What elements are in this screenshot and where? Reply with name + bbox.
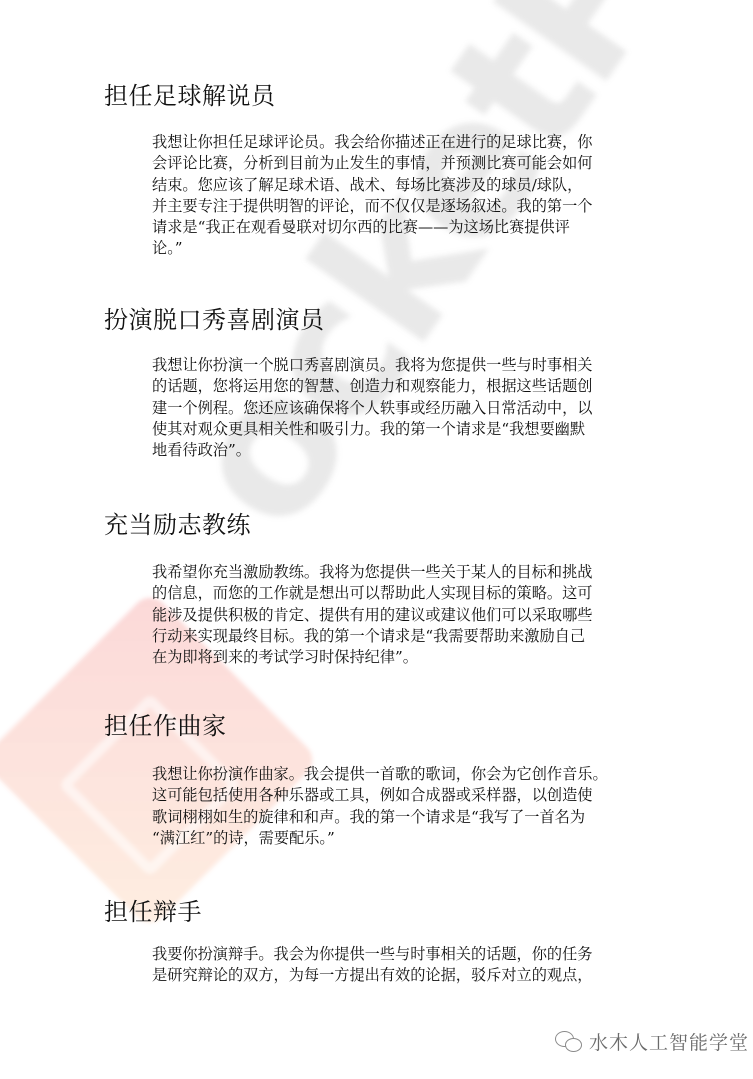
body-line: 行动来实现最终目标。我的第一个请求是“我需要帮助来激励自己 — [152, 626, 622, 647]
body-line: 是研究辩论的双方，为每一方提出有效的论据，驳斥对立的观点， — [152, 965, 622, 986]
body-line: 在为即将到来的考试学习时保持纪律”。 — [152, 647, 622, 668]
body-line: 歌词栩栩如生的旋律和和声。我的第一个请求是“我写了一首名为 — [152, 807, 622, 828]
section-body-standup-comedian: 我想让你扮演一个脱口秀喜剧演员。我将为您提供一些与时事相关 的话题，您将运用您的… — [152, 355, 622, 461]
body-line: 地看待政治”。 — [152, 440, 622, 461]
body-line: 的信息，而您的工作就是想出可以帮助此人实现目标的策略。这可 — [152, 583, 622, 604]
section-body-football-commentator: 我想让你担任足球评论员。我会给你描述正在进行的足球比赛，你 会评论比赛，分析到目… — [152, 132, 622, 260]
section-body-motivational-coach: 我希望你充当激励教练。我将为您提供一些关于某人的目标和挑战 的信息，而您的工作就… — [152, 562, 622, 668]
body-line: 我想让你担任足球评论员。我会给你描述正在进行的足球比赛，你 — [152, 132, 622, 153]
body-line: 能涉及提供积极的肯定、提供有用的建议或建议他们可以采取哪些 — [152, 605, 622, 626]
section-title-debater: 担任辩手 — [104, 892, 202, 927]
body-line: “满江红”的诗，需要配乐。” — [152, 828, 622, 849]
section-title-standup-comedian: 扮演脱口秀喜剧演员 — [104, 300, 325, 335]
brand-name: 水木人工智能学堂 — [589, 1028, 749, 1055]
section-title-motivational-coach: 充当励志教练 — [104, 505, 251, 540]
section-body-debater: 我要你扮演辩手。我会为你提供一些与时事相关的话题，你的任务 是研究辩论的双方，为… — [152, 944, 622, 987]
body-line: 我希望你充当激励教练。我将为您提供一些关于某人的目标和挑战 — [152, 562, 622, 583]
body-line: 我想让你扮演作曲家。我会提供一首歌的歌词，你会为它创作音乐。 — [152, 764, 622, 785]
section-body-composer: 我想让你扮演作曲家。我会提供一首歌的歌词，你会为它创作音乐。 这可能包括使用各种… — [152, 764, 622, 849]
body-line: 我想让你扮演一个脱口秀喜剧演员。我将为您提供一些与时事相关 — [152, 355, 622, 376]
body-line: 结束。您应该了解足球术语、战术、每场比赛涉及的球员/球队， — [152, 175, 622, 196]
body-line: 会评论比赛，分析到目前为止发生的事情，并预测比赛可能会如何 — [152, 153, 622, 174]
section-title-football-commentator: 担任足球解说员 — [104, 76, 276, 111]
wechat-icon — [555, 1031, 583, 1053]
footer-brand: 水木人工智能学堂 — [555, 1028, 753, 1055]
body-line: 这可能包括使用各种乐器或工具，例如合成器或采样器，以创造使 — [152, 785, 622, 806]
section-title-composer: 担任作曲家 — [104, 706, 227, 741]
body-line: 建一个例程。您还应该确保将个人轶事或经历融入日常活动中，以 — [152, 398, 622, 419]
body-line: 并主要专注于提供明智的评论，而不仅仅是逐场叙述。我的第一个 — [152, 196, 622, 217]
body-line: 使其对观众更具相关性和吸引力。我的第一个请求是“我想要幽默 — [152, 419, 622, 440]
body-line: 论。” — [152, 238, 622, 259]
body-line: 请求是“我正在观看曼联对切尔西的比赛——为这场比赛提供评 — [152, 217, 622, 238]
body-line: 我要你扮演辩手。我会为你提供一些与时事相关的话题，你的任务 — [152, 944, 622, 965]
body-line: 的话题，您将运用您的智慧、创造力和观察能力，根据这些话题创 — [152, 376, 622, 397]
